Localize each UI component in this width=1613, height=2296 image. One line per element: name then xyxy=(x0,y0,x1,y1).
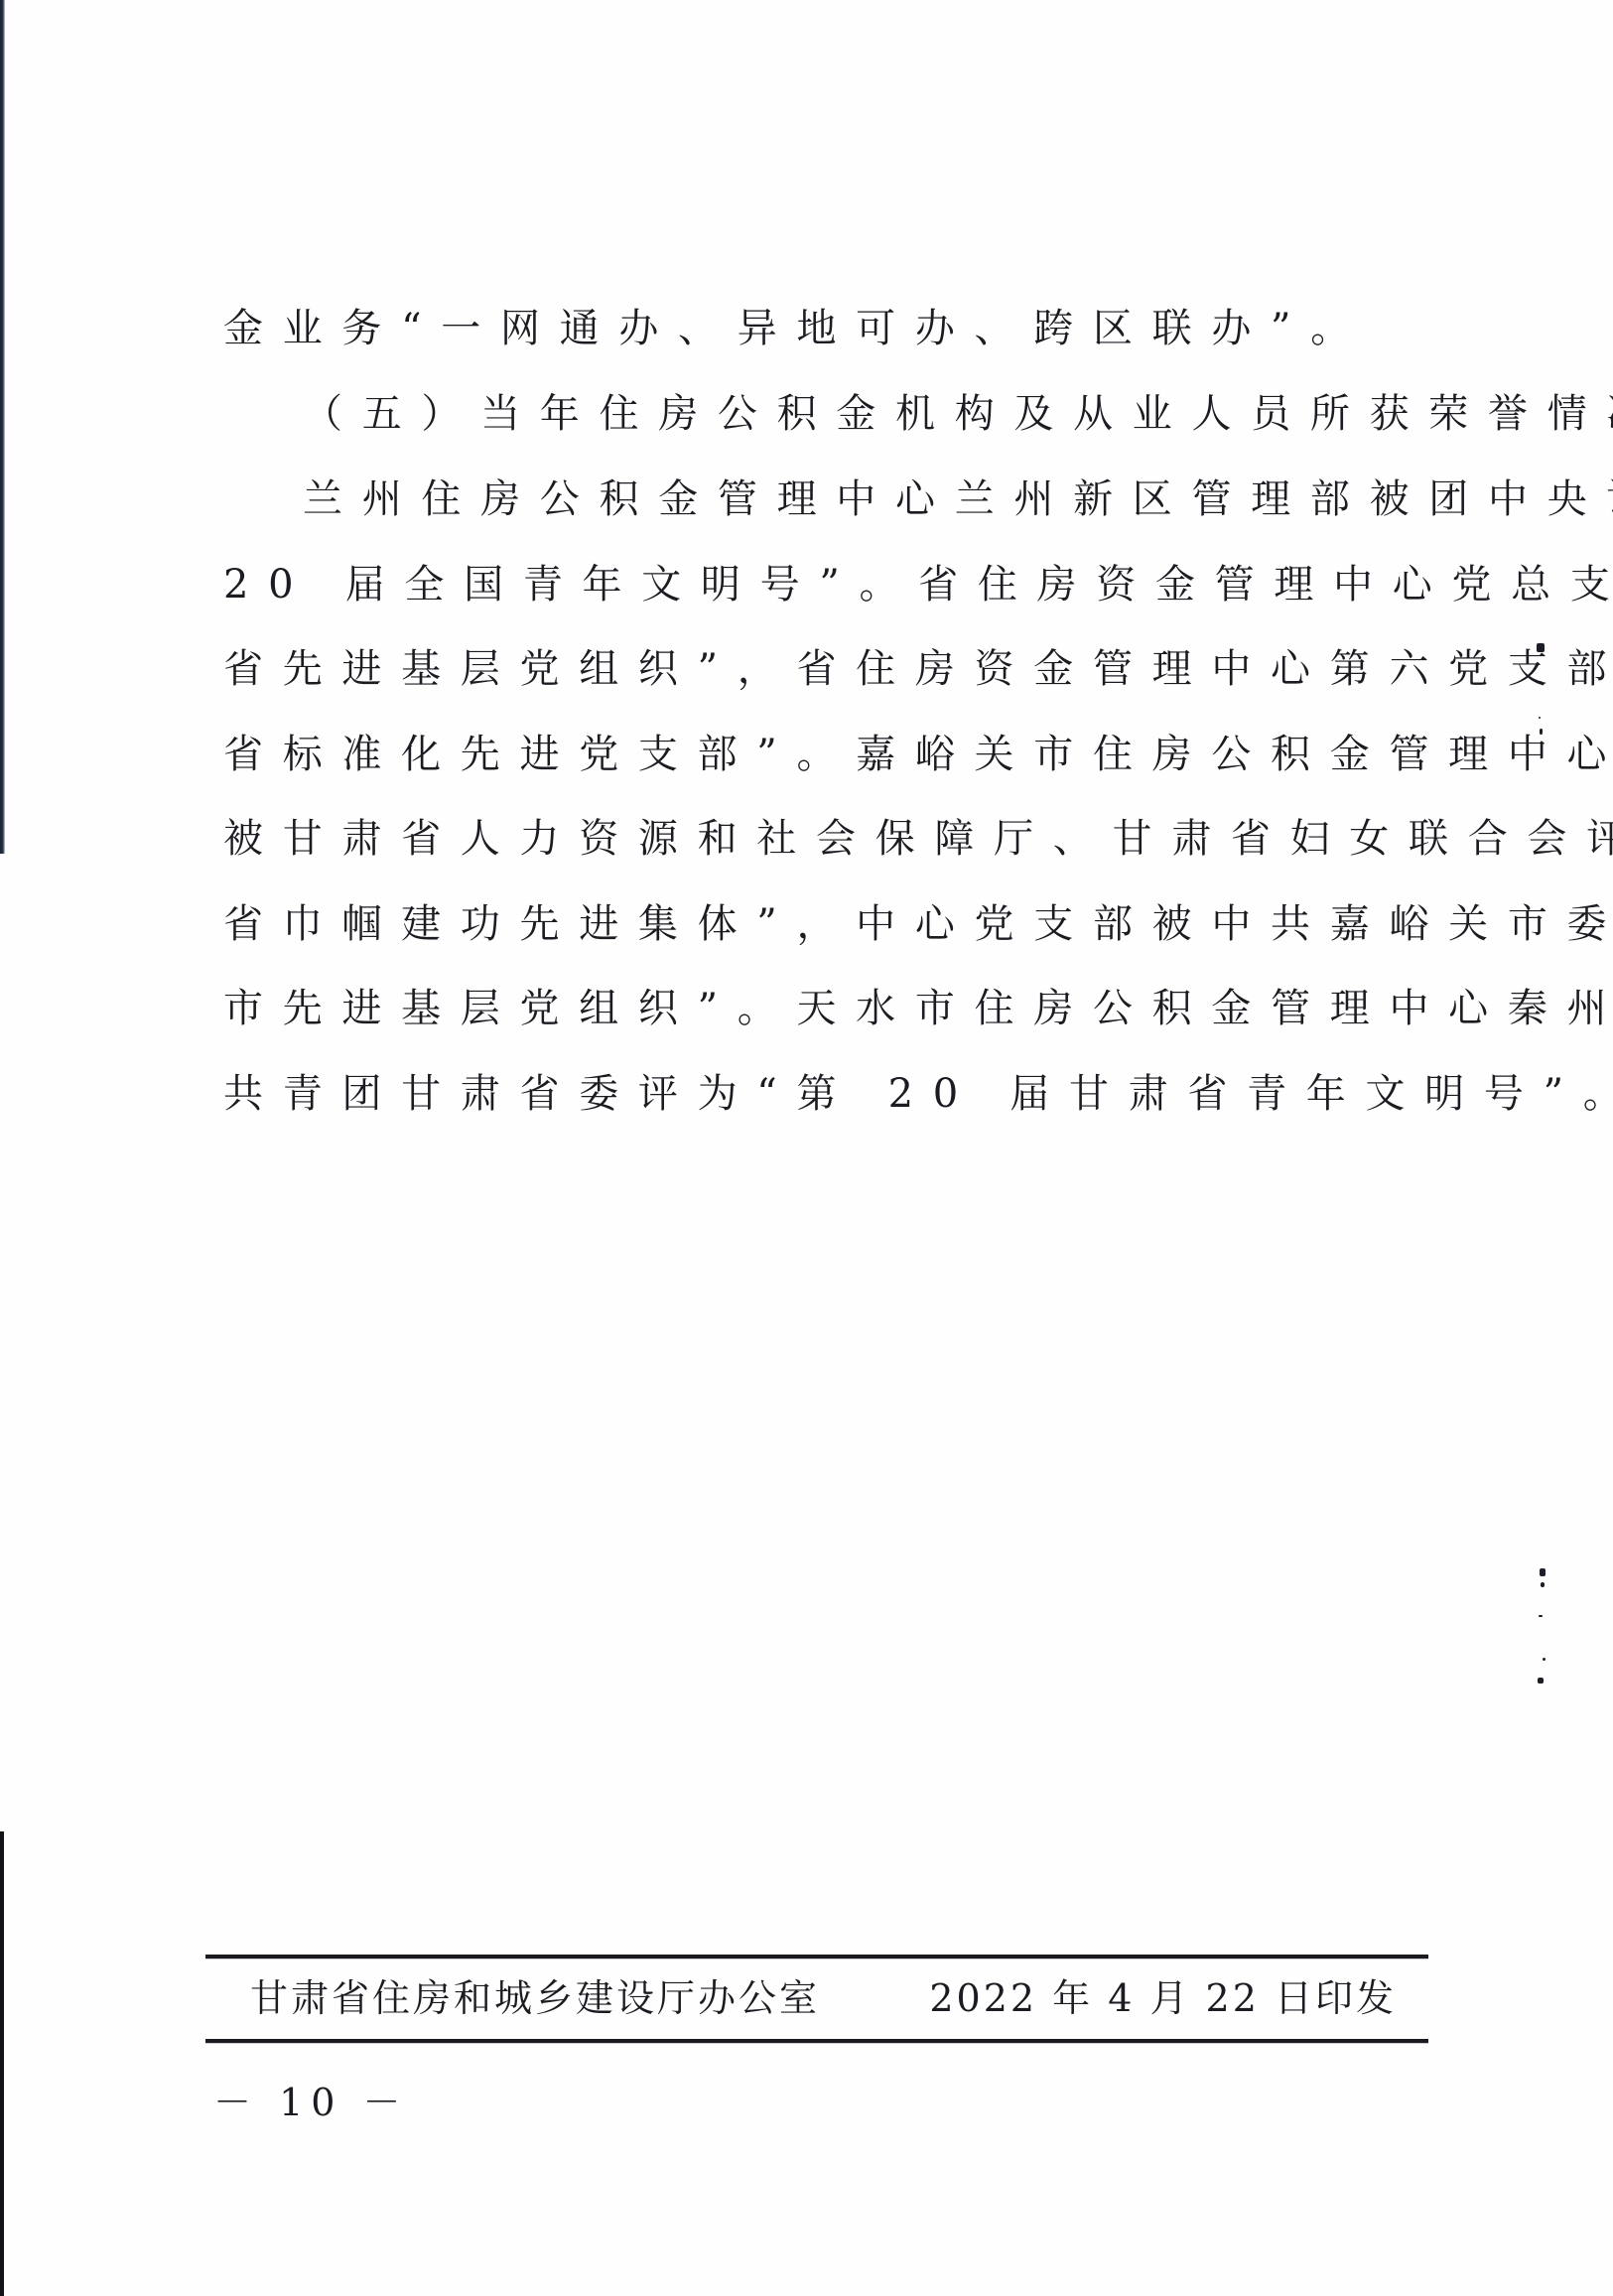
footer-issuer: 甘肃省住房和城乡建设厅办公室 xyxy=(250,1978,820,2018)
paragraph-line: 被甘肃省人力资源和社会保障厅、甘肃省妇女联合会评为“甘肃 xyxy=(223,819,1613,859)
scan-edge-artifact xyxy=(0,1831,4,2296)
paragraph-line: 市先进基层党组织”。天水市住房公积金管理中心秦州管理部被 xyxy=(223,989,1613,1028)
paragraph-line: 省巾帼建功先进集体”，中心党支部被中共嘉峪关市委评为“全 xyxy=(223,904,1613,944)
scan-speck xyxy=(1538,1678,1544,1684)
paragraph-line: 省标准化先进党支部”。嘉峪关市住房公积金管理中心业务大厅 xyxy=(223,735,1613,774)
paragraph-line: 20 届全国青年文明号”。省住房资金管理中心党总支荣获“甘肃 xyxy=(223,565,1613,605)
footer-print-date: 2022 年 4 月 22 日印发 xyxy=(929,1978,1397,2018)
scan-speck xyxy=(1539,717,1541,719)
scan-speck xyxy=(1539,1615,1543,1617)
scan-edge-artifact xyxy=(0,0,5,854)
paragraph-line: 省先进基层党组织”，省住房资金管理中心第六党支部荣获“全 xyxy=(223,649,1613,689)
page-number: － 10 － xyxy=(213,2083,409,2122)
footer-top-rule xyxy=(205,1955,1428,1958)
scan-speck xyxy=(1540,1568,1546,1576)
paragraph-line: 共青团甘肃省委评为“第 20 届甘肃省青年文明号”。 xyxy=(223,1074,1613,1114)
scan-speck xyxy=(1543,1658,1546,1661)
section-heading: （五）当年住房公积金机构及从业人员所获荣誉情况。 xyxy=(303,394,1613,434)
footer-bottom-rule xyxy=(205,2039,1428,2043)
document-page: 金业务“一网通办、异地可办、跨区联办”。 （五）当年住房公积金机构及从业人员所获… xyxy=(0,0,1613,2296)
paragraph-line: 兰州住房公积金管理中心兰州新区管理部被团中央评为“第 xyxy=(303,479,1613,519)
paragraph-line: 金业务“一网通办、异地可办、跨区联办”。 xyxy=(223,309,1370,348)
scan-speck xyxy=(1541,1582,1545,1587)
